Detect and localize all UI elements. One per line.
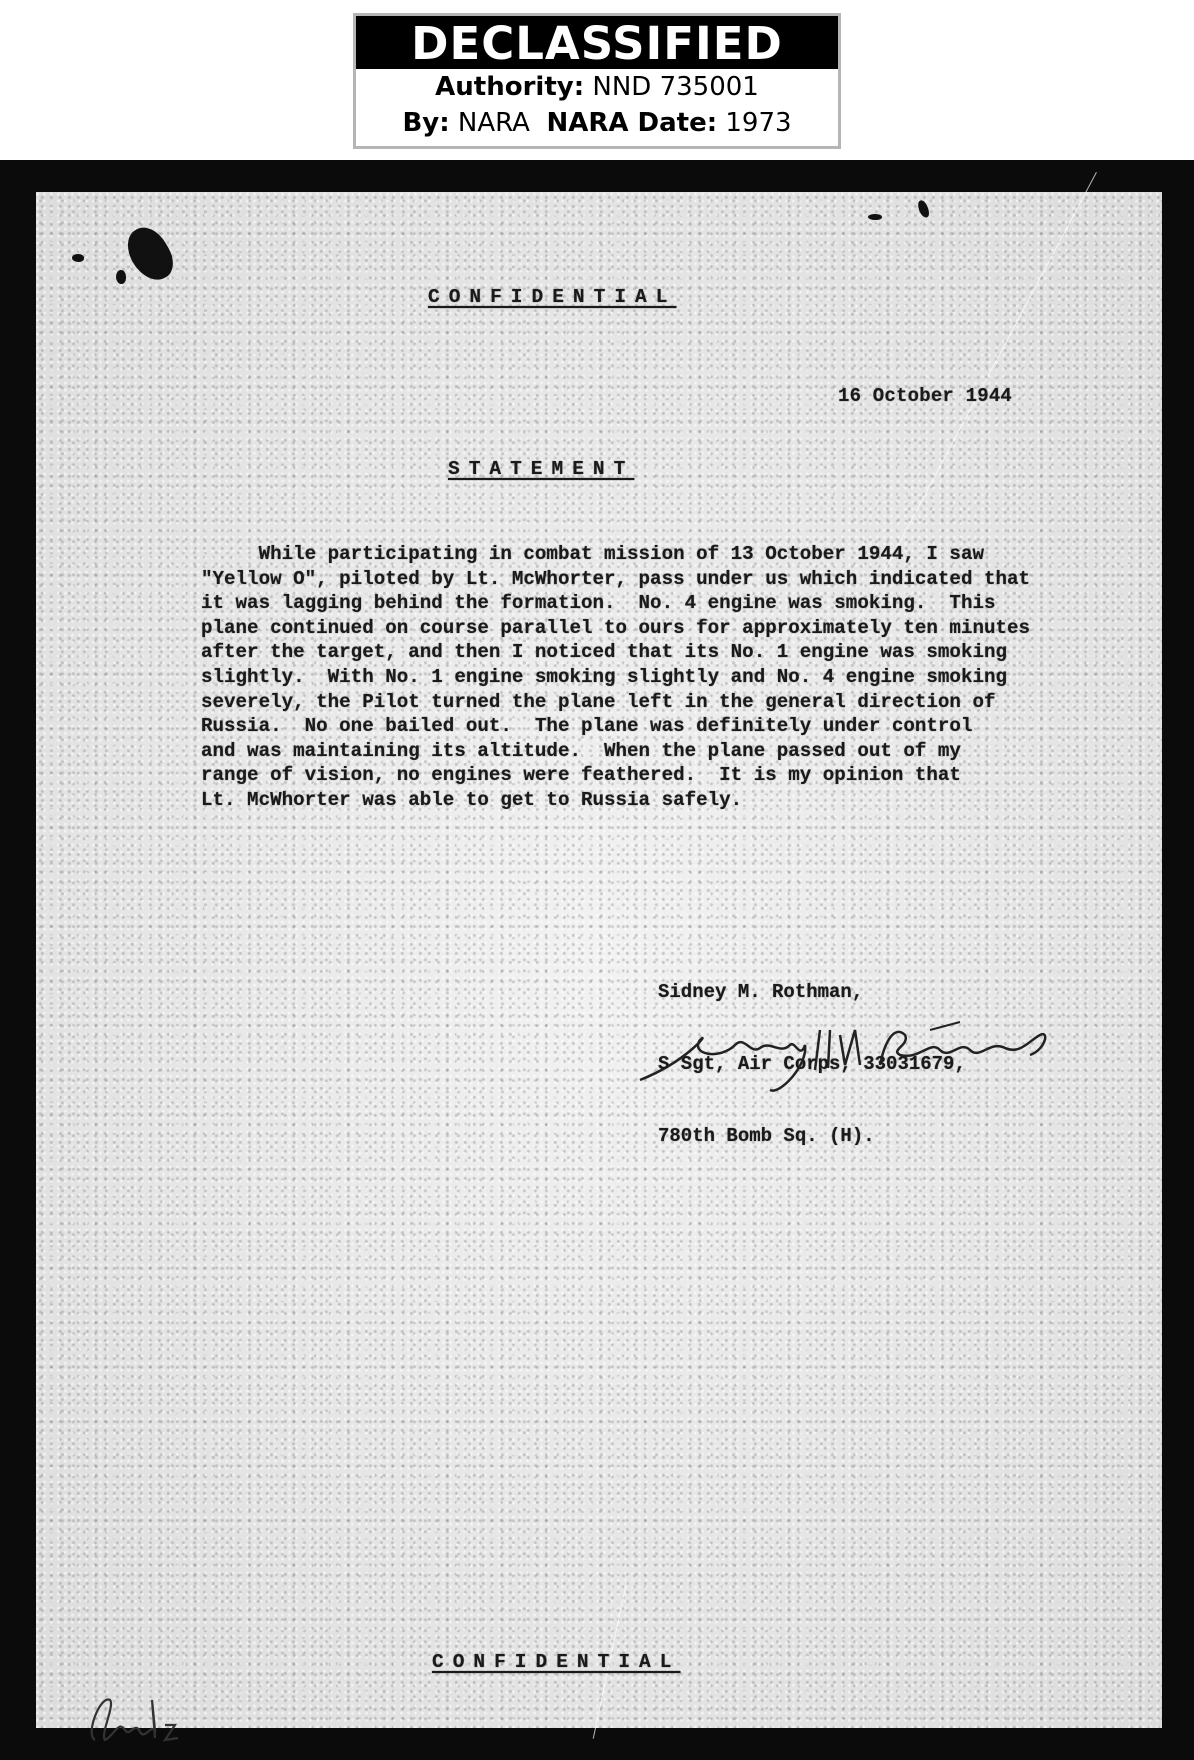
signatory-name: Sidney M. Rothman, xyxy=(658,980,966,1004)
statement-body: While participating in combat mission of… xyxy=(201,542,1081,813)
by-label: By: xyxy=(402,108,449,138)
statement-line: Russia. No one bailed out. The plane was… xyxy=(201,714,1081,739)
scanned-document-frame xyxy=(0,160,1194,1760)
handwritten-enclosure-note xyxy=(80,1690,200,1750)
ink-blot xyxy=(868,214,882,220)
statement-line: plane continued on course parallel to ou… xyxy=(201,616,1081,641)
statement-line: While participating in combat mission of… xyxy=(201,542,1081,567)
ink-blot xyxy=(72,254,84,262)
statement-line: and was maintaining its altitude. When t… xyxy=(201,739,1081,764)
stamp-authority: Authority: NND 735001 xyxy=(356,69,838,105)
date-value: 1973 xyxy=(725,108,791,138)
date-label: NARA Date: xyxy=(546,108,717,138)
stamp-by-date: By: NARA NARA Date: 1973 xyxy=(356,105,838,141)
statement-line: Lt. McWhorter was able to get to Russia … xyxy=(201,788,1081,813)
declassified-stamp: DECLASSIFIED Authority: NND 735001 By: N… xyxy=(353,13,841,149)
authority-label: Authority: xyxy=(435,72,584,102)
statement-line: it was lagging behind the formation. No.… xyxy=(201,591,1081,616)
by-value: NARA xyxy=(458,108,530,138)
ink-blot xyxy=(116,270,126,284)
ink-blot xyxy=(916,199,931,219)
signatory-rank: S Sgt, Air Corps, 33031679, xyxy=(658,1052,966,1076)
statement-line: after the target, and then I noticed tha… xyxy=(201,640,1081,665)
classification-top: CONFIDENTIAL xyxy=(428,286,676,308)
statement-line: "Yellow O", piloted by Lt. McWhorter, pa… xyxy=(201,567,1081,592)
authority-value: NND 735001 xyxy=(592,72,758,102)
statement-line: severely, the Pilot turned the plane lef… xyxy=(201,690,1081,715)
ink-blot xyxy=(120,220,181,287)
statement-line: slightly. With No. 1 engine smoking slig… xyxy=(201,665,1081,690)
document-page xyxy=(36,192,1162,1728)
stamp-title: DECLASSIFIED xyxy=(356,16,838,69)
signatory-block: Sidney M. Rothman, S Sgt, Air Corps, 330… xyxy=(658,932,966,1172)
document-heading: STATEMENT xyxy=(448,458,634,480)
statement-line: range of vision, no engines were feather… xyxy=(201,763,1081,788)
signatory-unit: 780th Bomb Sq. (H). xyxy=(658,1124,966,1148)
classification-bottom: CONFIDENTIAL xyxy=(432,1651,680,1673)
document-date: 16 October 1944 xyxy=(838,385,1012,407)
